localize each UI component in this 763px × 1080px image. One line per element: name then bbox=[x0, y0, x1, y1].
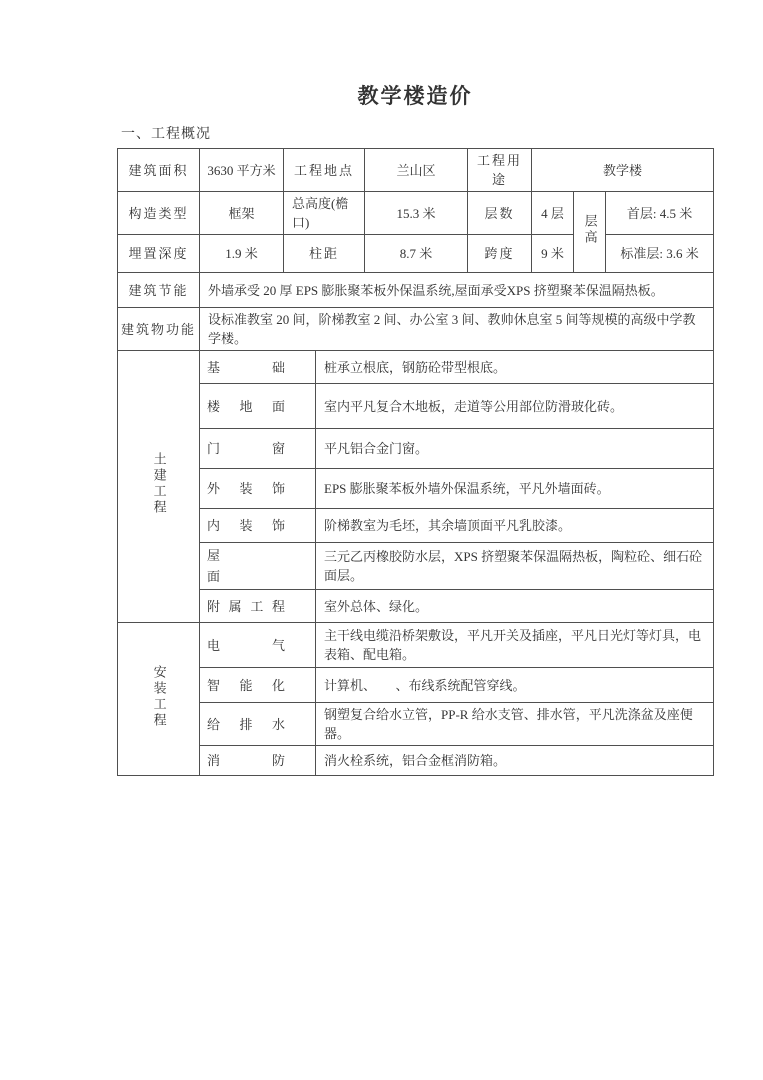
storey-height-vertical-text: 层高 bbox=[582, 214, 596, 246]
sublabel-text: 电气 bbox=[207, 636, 285, 655]
cell-roof-value: 三元乙丙橡胶防水层，XPS 挤塑聚苯保温隔热板，陶粒砼、细石砼面层。 bbox=[316, 543, 714, 590]
cell-energy-value: 外墙承受 20 厚 EPS 膨胀聚苯板外保温系统,屋面承受XPS 挤塑聚苯保温隔… bbox=[200, 273, 714, 308]
cell-fire-protection-value: 消火栓系统，铝合金框消防箱。 bbox=[316, 746, 714, 776]
cell-doors-windows-value: 平凡铝合金门窗。 bbox=[316, 429, 714, 469]
cell-interior-finish-value: 阶梯教室为毛坯，其余墙顶面平凡乳胶漆。 bbox=[316, 509, 714, 543]
sublabel-text: 给排水 bbox=[207, 715, 285, 734]
cell-embed-depth-value: 1.9 米 bbox=[200, 235, 284, 273]
cell-doors-windows-label: 门窗 bbox=[200, 429, 316, 469]
sublabel-text: 附属工程 bbox=[207, 597, 285, 616]
table-row: 楼地面 室内平凡复合木地板，走道等公用部位防滑玻化砖。 bbox=[118, 384, 714, 429]
cell-interior-finish-label: 内装饰 bbox=[200, 509, 316, 543]
cell-electrical-label: 电气 bbox=[200, 623, 316, 668]
table-row: 埋置深度 1.9 米 柱距 8.7 米 跨度 9 米 标准层: 3.6 米 bbox=[118, 235, 714, 273]
cell-usage-label: 工程用途 bbox=[468, 149, 532, 192]
cell-usage-value: 教学楼 bbox=[532, 149, 714, 192]
table-row: 屋 面 三元乙丙橡胶防水层，XPS 挤塑聚苯保温隔热板，陶粒砼、细石砼面层。 bbox=[118, 543, 714, 590]
civil-group-vertical-text: 土建工程 bbox=[151, 452, 165, 516]
cell-exterior-finish-value: EPS 膨胀聚苯板外墙外保温系统，平凡外墙面砖。 bbox=[316, 469, 714, 509]
table-row: 安装工程 电气 主干线电缆沿桥架敷设，平凡开关及插座，平凡日光灯等灯具，电表箱、… bbox=[118, 623, 714, 668]
cell-location-value: 兰山区 bbox=[365, 149, 468, 192]
cell-water-supply-drainage-label: 给排水 bbox=[200, 703, 316, 746]
cell-embed-depth-label: 埋置深度 bbox=[118, 235, 200, 273]
cell-floors-label: 层数 bbox=[468, 192, 532, 235]
cell-storey-height-label: 层高 bbox=[574, 192, 606, 273]
cell-structure-type-value: 框架 bbox=[200, 192, 284, 235]
installation-group-vertical-text: 安装工程 bbox=[151, 665, 165, 729]
cell-floor-surface-label: 楼地面 bbox=[200, 384, 316, 429]
cell-column-spacing-label: 柱距 bbox=[284, 235, 365, 273]
cell-ancillary-works-label: 附属工程 bbox=[200, 590, 316, 623]
cell-function-value: 设标准教室 20 间，阶梯教室 2 间、办公室 3 间、教帅休息室 5 间等规模… bbox=[200, 308, 714, 351]
section-heading: 一、工程概况 bbox=[121, 123, 211, 143]
cell-installation-group-label: 安装工程 bbox=[118, 623, 200, 776]
page-title: 教学楼造价 bbox=[117, 80, 713, 110]
document-page: 教学楼造价 一、工程概况 建筑面积 3630 平方米 工程地点 兰山区 工程用途… bbox=[0, 0, 763, 1080]
sublabel-text: 智能化 bbox=[207, 676, 285, 695]
cell-electrical-value: 主干线电缆沿桥架敷设，平凡开关及插座，平凡日光灯等灯具，电表箱、配电箱。 bbox=[316, 623, 714, 668]
table-row: 给排水 钢塑复合给水立管，PP-R 给水支管、排水管，平凡洗涤盆及座便器。 bbox=[118, 703, 714, 746]
cell-floors-value: 4 层 bbox=[532, 192, 574, 235]
cell-foundation-label: 基础 bbox=[200, 351, 316, 384]
cell-floor-surface-value: 室内平凡复合木地板，走道等公用部位防滑玻化砖。 bbox=[316, 384, 714, 429]
cell-intelligence-value: 计算机、 、布线系统配管穿线。 bbox=[316, 668, 714, 703]
cell-span-label: 跨度 bbox=[468, 235, 532, 273]
table-row: 土建工程 基础 桩承立根底，钢筋砼带型根底。 bbox=[118, 351, 714, 384]
cell-function-label: 建筑物功能 bbox=[118, 308, 200, 351]
sublabel-text: 屋 面 bbox=[207, 545, 313, 587]
cell-structure-type-label: 构造类型 bbox=[118, 192, 200, 235]
table-row: 门窗 平凡铝合金门窗。 bbox=[118, 429, 714, 469]
cell-intelligence-label: 智能化 bbox=[200, 668, 316, 703]
table-row: 构造类型 框架 总高度(檐口) 15.3 米 层数 4 层 层高 首层: 4.5… bbox=[118, 192, 714, 235]
cell-standard-floor-height: 标准层: 3.6 米 bbox=[606, 235, 714, 273]
cell-civil-group-label: 土建工程 bbox=[118, 351, 200, 623]
cell-location-label: 工程地点 bbox=[284, 149, 365, 192]
sublabel-text: 消防 bbox=[207, 751, 285, 770]
cell-foundation-value: 桩承立根底，钢筋砼带型根底。 bbox=[316, 351, 714, 384]
table-row: 建筑节能 外墙承受 20 厚 EPS 膨胀聚苯板外保温系统,屋面承受XPS 挤塑… bbox=[118, 273, 714, 308]
cell-water-supply-drainage-value: 钢塑复合给水立管，PP-R 给水支管、排水管，平凡洗涤盆及座便器。 bbox=[316, 703, 714, 746]
table-row: 建筑物功能 设标准教室 20 间，阶梯教室 2 间、办公室 3 间、教帅休息室 … bbox=[118, 308, 714, 351]
cell-column-spacing-value: 8.7 米 bbox=[365, 235, 468, 273]
sublabel-text: 基础 bbox=[207, 358, 285, 377]
cell-total-height-label: 总高度(檐口) bbox=[284, 192, 365, 235]
cell-ancillary-works-value: 室外总体、绿化。 bbox=[316, 590, 714, 623]
sublabel-text: 内装饰 bbox=[207, 516, 285, 535]
sublabel-text: 门窗 bbox=[207, 439, 285, 458]
table-row: 内装饰 阶梯教室为毛坯，其余墙顶面平凡乳胶漆。 bbox=[118, 509, 714, 543]
cell-energy-label: 建筑节能 bbox=[118, 273, 200, 308]
cell-roof-label: 屋 面 bbox=[200, 543, 316, 590]
table-row: 消防 消火栓系统，铝合金框消防箱。 bbox=[118, 746, 714, 776]
table-row: 附属工程 室外总体、绿化。 bbox=[118, 590, 714, 623]
cell-span-value: 9 米 bbox=[532, 235, 574, 273]
cell-building-area-label: 建筑面积 bbox=[118, 149, 200, 192]
table-row: 智能化 计算机、 、布线系统配管穿线。 bbox=[118, 668, 714, 703]
sublabel-text: 外装饰 bbox=[207, 479, 285, 498]
cell-fire-protection-label: 消防 bbox=[200, 746, 316, 776]
project-overview-table: 建筑面积 3630 平方米 工程地点 兰山区 工程用途 教学楼 构造类型 框架 … bbox=[117, 148, 714, 776]
cell-building-area-value: 3630 平方米 bbox=[200, 149, 284, 192]
table-row: 建筑面积 3630 平方米 工程地点 兰山区 工程用途 教学楼 bbox=[118, 149, 714, 192]
cell-total-height-value: 15.3 米 bbox=[365, 192, 468, 235]
cell-first-floor-height: 首层: 4.5 米 bbox=[606, 192, 714, 235]
sublabel-text: 楼地面 bbox=[207, 397, 285, 416]
cell-exterior-finish-label: 外装饰 bbox=[200, 469, 316, 509]
table-row: 外装饰 EPS 膨胀聚苯板外墙外保温系统，平凡外墙面砖。 bbox=[118, 469, 714, 509]
table: 建筑面积 3630 平方米 工程地点 兰山区 工程用途 教学楼 构造类型 框架 … bbox=[117, 148, 714, 776]
